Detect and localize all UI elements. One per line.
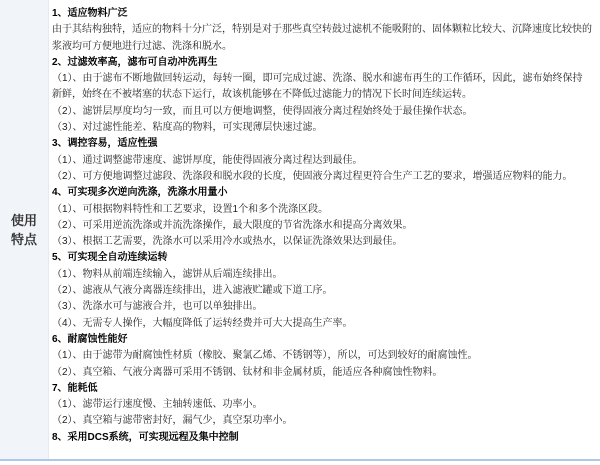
- feature-section-heading: 4、可实现多次逆向洗涤，洗涤水用量小: [52, 185, 592, 201]
- feature-item: （2）、可方便地调整过滤段、洗涤段和脱水段的长度，使固液分离过程更符合生产工艺的…: [52, 169, 592, 185]
- feature-item: （4）、无需专人操作，大幅度降低了运转经费并可大大提高生产率。: [52, 316, 592, 332]
- feature-item: （1）、由于滤布不断地做回转运动，每转一圈，即可完成过滤、洗涤、脱水和滤布再生的…: [52, 71, 592, 104]
- feature-item: （3）、对过滤性能差、粘度高的物料，可实现薄层快速过滤。: [52, 120, 592, 136]
- feature-item: （1）、通过调整滤带速度、滤饼厚度，能使得固液分离过程达到最佳。: [52, 153, 592, 169]
- feature-item: （1）、物料从前端连续输入，滤饼从后端连续排出。: [52, 267, 592, 283]
- feature-item: （2）、真空箱、气液分离器可采用不锈钢、钛材和非金属材质，能适应各种腐蚀性物料。: [52, 365, 592, 381]
- bottom-whitespace: [0, 461, 600, 465]
- feature-section-heading: 2、过滤效率高，滤布可自动冲洗再生: [52, 55, 592, 71]
- product-features-page: 使用特点 1、适应物料广泛由于其结构独特，适应的物料十分广泛，特别是对于那些真空…: [0, 0, 600, 465]
- feature-item: （2）、可采用逆流洗涤或并流洗涤操作，最大限度的节省洗涤水和提高分离效果。: [52, 218, 592, 234]
- feature-item: （3）、根据工艺需要，洗涤水可以采用冷水或热水，以保证洗涤效果达到最佳。: [52, 234, 592, 250]
- feature-section-heading: 3、调控容易，适应性强: [52, 136, 592, 152]
- row-header-label: 使用特点: [10, 211, 38, 249]
- feature-item: 由于其结构独特，适应的物料十分广泛，特别是对于那些真空转鼓过滤机不能吸附的、固体…: [52, 22, 592, 55]
- feature-section-heading: 5、可实现全自动连续运转: [52, 250, 592, 266]
- feature-section-heading: 8、采用DCS系统，可实现远程及集中控制: [52, 430, 592, 446]
- usage-features-row: 使用特点 1、适应物料广泛由于其结构独特，适应的物料十分广泛，特别是对于那些真空…: [0, 0, 600, 459]
- feature-section-heading: 7、能耗低: [52, 381, 592, 397]
- feature-item: （1）、由于滤带为耐腐蚀性材质（橡胶、聚氯乙烯、不锈钢等），所以，可达到较好的耐…: [52, 348, 592, 364]
- feature-item: （2）、滤液从气液分离器连续排出，进入滤液贮罐或下道工序。: [52, 283, 592, 299]
- feature-item: （2）、滤饼层厚度均匀一致，而且可以方便地调整，使得固液分离过程始终处于最佳操作…: [52, 104, 592, 120]
- feature-item: （1）、滤带运行速度慢、主轴转速低、功率小。: [52, 397, 592, 413]
- features-content: 1、适应物料广泛由于其结构独特，适应的物料十分广泛，特别是对于那些真空转鼓过滤机…: [49, 0, 600, 459]
- feature-item: （3）、洗涤水可与滤液合并，也可以单独排出。: [52, 299, 592, 315]
- feature-item: （1）、可根据物料特性和工艺要求，设置1个和多个洗涤区段。: [52, 202, 592, 218]
- feature-item: （2）、真空箱与滤带密封好，漏气少，真空泵功率小。: [52, 413, 592, 429]
- feature-section-heading: 6、耐腐蚀性能好: [52, 332, 592, 348]
- feature-section-heading: 1、适应物料广泛: [52, 6, 592, 22]
- row-header-cell: 使用特点: [0, 0, 49, 459]
